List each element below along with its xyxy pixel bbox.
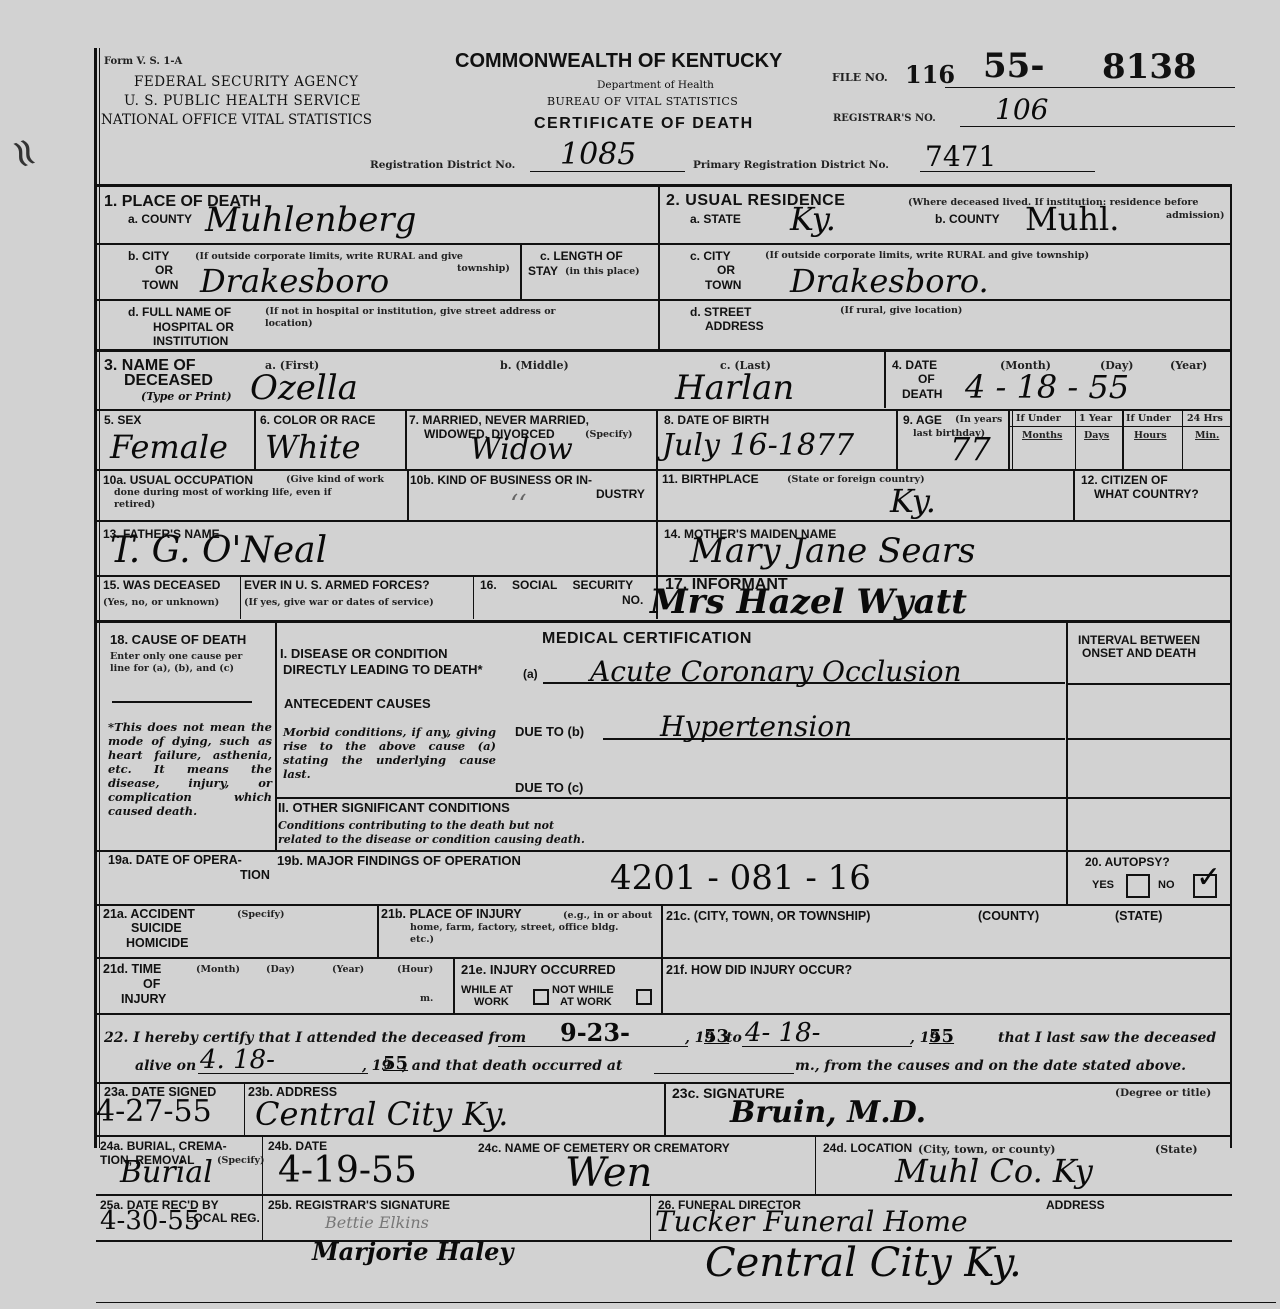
agency-line-3: NATIONAL OFFICE VITAL STATISTICS	[101, 112, 372, 128]
hours-label: Hours	[1134, 430, 1167, 441]
pod-stay-note: (in this place)	[565, 266, 640, 277]
reg-district-value: 1085	[560, 137, 636, 172]
dod-label-2: OF	[918, 372, 935, 386]
name-label-2: DECEASED	[124, 372, 213, 390]
injury-occurred-label: 21e. INJURY OCCURRED	[461, 962, 616, 977]
burial-state-label: (State)	[1155, 1143, 1198, 1156]
mother-value[interactable]: Mary Jane Sears	[690, 531, 975, 571]
cert-line-1-post: that I last saw the deceased	[998, 1030, 1216, 1046]
registrar-no-value: 106	[995, 93, 1048, 126]
pod-row-divider-1	[96, 243, 659, 245]
name-label-3: (Type or Print)	[141, 390, 232, 403]
burial-label-1: 24a. BURIAL, CREMA-	[100, 1139, 227, 1153]
min-label: Min.	[1195, 430, 1219, 441]
address-value[interactable]: Central City Ky.	[255, 1095, 508, 1133]
death-certificate-page: ≈ Form V. S. 1-A FEDERAL SECURITY AGENCY…	[0, 0, 1280, 1309]
ur-city-label-3: TOWN	[705, 278, 741, 292]
injury-state-label: (STATE)	[1115, 909, 1162, 923]
accident-label-3: HOMICIDE	[126, 936, 189, 950]
agency-line-2: U. S. PUBLIC HEALTH SERVICE	[124, 93, 361, 109]
part2-divider	[276, 797, 1232, 799]
not-while-label-1: NOT WHILE	[552, 984, 614, 996]
cert-alive-date[interactable]: 4. 18-	[200, 1045, 275, 1075]
disposition-divider-1	[262, 1136, 263, 1241]
pod-hospital-note-2: location)	[265, 318, 313, 329]
ur-street-label-1: d. STREET	[690, 305, 751, 319]
cause-footnote: *This does not mean the mode of dying, s…	[108, 720, 272, 818]
department: Department of Health	[597, 79, 714, 91]
occupation-note-2: done during most of working life, even i…	[114, 487, 331, 498]
bureau: BUREAU OF VITAL STATISTICS	[547, 95, 738, 108]
primary-reg-district-label: Primary Registration District No.	[693, 159, 889, 171]
dob-value[interactable]: July 16-1877	[662, 428, 854, 463]
under-grid-left-2	[1012, 410, 1013, 470]
business-label-2: DUSTRY	[596, 487, 645, 501]
birthplace-label: 11. BIRTHPLACE	[662, 472, 759, 486]
pod-city-value[interactable]: Drakesboro	[200, 262, 389, 300]
not-while-at-work-checkbox[interactable]	[636, 989, 652, 1005]
citizen-label-2: WHAT COUNTRY?	[1094, 487, 1199, 501]
part1-label-2: DIRECTLY LEADING TO DEATH*	[283, 662, 483, 677]
part1-label-1: I. DISEASE OR CONDITION	[280, 646, 448, 661]
autopsy-no-label: NO	[1158, 879, 1175, 891]
last-name-value[interactable]: Harlan	[675, 368, 794, 408]
marital-value[interactable]: Widow	[470, 432, 573, 467]
injury-county-label: (COUNTY)	[978, 909, 1039, 923]
antecedent-label: ANTECEDENT CAUSES	[284, 696, 431, 711]
ur-street-label-2: ADDRESS	[705, 319, 764, 333]
page-bottom-line	[96, 1302, 1276, 1303]
cert-from-date[interactable]: 9-23-	[560, 1018, 630, 1047]
pod-stay-label-2: STAY	[528, 264, 558, 278]
date-signed-value[interactable]: 4-27-55	[96, 1094, 212, 1129]
ur-city-note: (If outside corporate limits, write RURA…	[765, 250, 1089, 261]
registrar-signature-faint: Bettie Elkins	[325, 1213, 429, 1232]
accident-label-1: 21a. ACCIDENT	[103, 907, 195, 921]
race-label: 6. COLOR OR RACE	[260, 413, 375, 427]
autopsy-yes-label: YES	[1092, 879, 1114, 891]
injury-location-divider	[661, 905, 663, 1013]
injury-time-label-1: 21d. TIME	[103, 962, 161, 976]
cert-line-2-mid: , and that death occurred at	[402, 1058, 622, 1074]
accident-label-2: SUICIDE	[131, 921, 182, 935]
ur-state-value[interactable]: Ky.	[790, 200, 836, 238]
cause-of-death-label: 18. CAUSE OF DEATH	[110, 632, 246, 647]
business-value[interactable]: ‘‘	[510, 490, 527, 520]
row-divider-disposition	[96, 1135, 1232, 1137]
row-divider-section-13	[96, 520, 1232, 522]
address-divider	[244, 1083, 245, 1135]
under-grid-left	[1008, 410, 1010, 470]
place-injury-note-3: etc.)	[410, 934, 434, 945]
occupation-note-3: retired)	[114, 499, 155, 510]
interval-row-b	[1066, 738, 1232, 740]
ur-county-label: b. COUNTY	[935, 212, 1000, 226]
form-bottom-border	[96, 1240, 1232, 1242]
line-a-label: (a)	[523, 667, 538, 681]
antecedent-note: Morbid conditions, if any, giving rise t…	[283, 725, 496, 781]
row-divider-section-5	[96, 409, 1232, 411]
injury-time-year: (Year)	[332, 964, 364, 975]
ur-street-note: (If rural, give location)	[840, 305, 962, 316]
ur-row-divider-1	[659, 243, 1231, 245]
pod-city-note-1: (If outside corporate limits, write RURA…	[195, 251, 463, 262]
due-to-b-label: DUE TO (b)	[515, 724, 584, 739]
grid-top-border	[96, 184, 1232, 187]
frame-left-inner-border	[99, 48, 100, 1148]
not-while-label-2: AT WORK	[560, 996, 612, 1008]
first-name-value[interactable]: Ozella	[250, 368, 358, 408]
sex-label: 5. SEX	[104, 413, 141, 427]
autopsy-yes-checkbox[interactable]	[1126, 874, 1150, 898]
race-divider	[254, 410, 256, 470]
injury-time-hour: (Hour)	[397, 964, 433, 975]
row-divider-injury	[96, 904, 1232, 906]
injury-time-month: (Month)	[196, 964, 240, 975]
pod-stay-divider	[520, 244, 522, 300]
pod-row-divider-2	[96, 299, 659, 301]
row-divider-registrar	[96, 1194, 1232, 1196]
signature-divider	[664, 1083, 666, 1135]
interval-label-1: INTERVAL BETWEEN	[1078, 633, 1200, 647]
occupation-note-1: (Give kind of work	[286, 474, 384, 485]
injury-time-m: m.	[420, 993, 433, 1004]
marital-label-spec: (Specify)	[585, 429, 633, 440]
row-divider-section-3	[96, 349, 1232, 352]
injury-time-label-3: INJURY	[121, 992, 166, 1006]
under-grid-col-4	[1182, 410, 1183, 470]
file-no-number: 8138	[1102, 47, 1197, 87]
mother-divider	[656, 521, 658, 576]
ur-heading-note-2: admission)	[1166, 210, 1225, 221]
pod-hospital-label-2: HOSPITAL OR	[153, 320, 234, 334]
cause-instr-2: line for (a), (b), and (c)	[110, 663, 234, 674]
physician-signature-value[interactable]: Bruin, M.D.	[730, 1095, 926, 1130]
pod-hospital-note-1: (If not in hospital or institution, give…	[265, 306, 556, 317]
under-1yr-label-1: If Under	[1016, 413, 1061, 424]
accident-specify: (Specify)	[237, 909, 285, 920]
burial-specify: (Specify)	[217, 1155, 265, 1166]
under-grid-col-3	[1122, 410, 1124, 470]
part2-note-2: related to the disease or condition caus…	[278, 833, 585, 846]
age-value[interactable]: 77	[950, 430, 991, 468]
registrar-no-label: REGISTRAR'S NO.	[833, 113, 936, 124]
age-label: 9. AGE	[903, 413, 942, 427]
registrar-no-underline	[960, 126, 1235, 127]
file-no-year: 55-	[983, 46, 1044, 86]
under-1yr-label-2: 1 Year	[1079, 413, 1112, 424]
business-divider	[407, 470, 409, 520]
dod-year-label: (Year)	[1170, 359, 1207, 372]
findings-label: 19b. MAJOR FINDINGS OF OPERATION	[277, 853, 521, 868]
citizen-divider	[1073, 470, 1075, 520]
place-injury-label: 21b. PLACE OF INJURY	[381, 907, 522, 921]
funeral-address-value[interactable]: Central City Ky.	[705, 1240, 1022, 1286]
burial-value[interactable]: Burial	[120, 1155, 213, 1190]
burial-location-value[interactable]: Muhl Co. Ky	[895, 1152, 1093, 1190]
cert-time-underline	[654, 1073, 794, 1074]
cert-line-2-pre: alive on	[135, 1058, 196, 1074]
ur-city-value[interactable]: Drakesboro.	[790, 262, 989, 300]
ssn-divider	[473, 576, 474, 619]
divider-sections-1-2	[658, 186, 660, 350]
middle-name-label: b. (Middle)	[500, 359, 569, 372]
medical-left-divider	[275, 622, 277, 850]
row-divider-certification	[96, 1013, 1232, 1015]
under-24h-label-2: 24 Hrs	[1187, 413, 1223, 424]
row-divider-injury-2	[96, 957, 1232, 959]
medical-section-title: MEDICAL CERTIFICATION	[542, 630, 752, 648]
ur-state-label: a. STATE	[690, 212, 741, 226]
file-no-label: FILE NO.	[832, 71, 888, 84]
row-divider-section-11	[656, 469, 1232, 471]
armed-divider	[240, 576, 241, 619]
operation-date-label-1: 19a. DATE OF OPERA-	[108, 853, 242, 867]
line-b-value[interactable]: Hypertension	[660, 710, 852, 743]
days-label: Days	[1084, 430, 1109, 441]
part2-note-1: Conditions contributing to the death but…	[278, 819, 554, 832]
funeral-director-value[interactable]: Tucker Funeral Home	[655, 1205, 968, 1238]
pod-city-label-2: OR	[155, 263, 173, 277]
cert-to-date[interactable]: 4- 18-	[745, 1018, 820, 1048]
pod-stay-label-1: c. LENGTH OF	[540, 249, 623, 263]
armed-label-a: 15. WAS DECEASED	[103, 578, 220, 592]
occupation-label: 10a. USUAL OCCUPATION	[103, 473, 253, 487]
marital-divider	[405, 410, 407, 470]
autopsy-label: 20. AUTOPSY?	[1085, 855, 1170, 869]
reg-district-label: Registration District No.	[370, 159, 515, 171]
informant-value[interactable]: Mrs Hazel Wyatt	[650, 582, 967, 622]
citizen-label-1: 12. CITIZEN OF	[1081, 473, 1168, 487]
row-divider-section-10	[96, 469, 656, 471]
margin-mark: ≈	[0, 129, 52, 176]
dod-value[interactable]: 4 - 18 - 55	[965, 368, 1129, 406]
injury-time-label-2: OF	[143, 977, 160, 991]
autopsy-no-checkmark-icon: ✓	[1196, 860, 1221, 895]
dod-label-1: 4. DATE	[892, 358, 937, 372]
cert-line-2-post: m., from the causes and on the date stat…	[795, 1058, 1186, 1074]
birthplace-value[interactable]: Ky.	[890, 482, 936, 520]
form-id: Form V. S. 1-A	[104, 56, 182, 67]
injury-time-day: (Day)	[266, 964, 295, 975]
months-label: Months	[1022, 430, 1062, 441]
ur-city-label-2: OR	[717, 263, 735, 277]
pod-county-value[interactable]: Muhlenberg	[205, 200, 416, 240]
agency-line-1: FEDERAL SECURITY AGENCY	[134, 74, 359, 90]
pod-hospital-label-1: d. FULL NAME OF	[128, 305, 231, 319]
document-title: COMMONWEALTH OF KENTUCKY	[455, 50, 782, 73]
while-at-work-label-1: WHILE AT	[461, 984, 513, 996]
findings-value[interactable]: 4201 - 081 - 16	[610, 858, 871, 898]
injury-city-label: 21c. (CITY, TOWN, OR TOWNSHIP)	[666, 909, 870, 923]
place-injury-note-2: home, farm, factory, street, office bldg…	[410, 922, 618, 933]
row-divider-medical	[96, 620, 1232, 623]
row-divider-operation	[96, 850, 1232, 852]
dob-label: 8. DATE OF BIRTH	[664, 413, 769, 427]
primary-reg-district-value: 7471	[925, 140, 996, 173]
race-value[interactable]: White	[265, 428, 361, 466]
operation-date-label-2: TION	[240, 868, 270, 882]
cause-instr-1: Enter only one cause per	[110, 651, 242, 662]
age-divider	[896, 410, 898, 470]
father-value[interactable]: T. G. O'Neal	[110, 530, 327, 571]
ur-county-value[interactable]: Muhl.	[1025, 200, 1119, 238]
part2-label: II. OTHER SIGNIFICANT CONDITIONS	[278, 800, 510, 815]
interval-divider	[1066, 622, 1068, 904]
degree-label: (Degree or title)	[1115, 1087, 1211, 1099]
ur-city-label-1: c. CITY	[690, 249, 731, 263]
row-divider-section-15	[96, 575, 1232, 577]
certificate-title: CERTIFICATE OF DEATH	[534, 115, 754, 133]
armed-note-b: (If yes, give war or dates of service)	[244, 597, 434, 608]
while-at-work-label-2: WORK	[474, 996, 509, 1008]
registrar-signature-value[interactable]: Marjorie Haley	[312, 1237, 513, 1266]
under-24h-label-1: If Under	[1126, 413, 1171, 424]
frame-left-border	[94, 48, 97, 1148]
ssn-label-2: NO.	[622, 593, 643, 607]
interval-label-2: ONSET AND DEATH	[1082, 646, 1196, 660]
ssn-label-1: 16. SOCIAL SECURITY	[480, 578, 633, 592]
marital-label-1: 7. MARRIED, NEVER MARRIED,	[409, 413, 589, 427]
grid-right-border	[1230, 184, 1232, 1148]
armed-label-b: EVER IN U. S. ARMED FORCES?	[244, 578, 430, 592]
cert-to-word: to	[726, 1030, 742, 1046]
under-grid-col-2	[1075, 410, 1076, 470]
injury-occurred-divider	[453, 958, 455, 1013]
cert-line-1-pre: 22. I hereby certify that I attended the…	[104, 1030, 526, 1046]
cemetery-value[interactable]: Wen	[565, 1150, 652, 1196]
due-to-c-label: DUE TO (c)	[515, 780, 583, 795]
ur-row-divider-2	[659, 299, 1231, 301]
pod-county-label: a. COUNTY	[128, 212, 192, 226]
cert-to-year[interactable]: 55	[929, 1026, 954, 1047]
under-grid-mid	[1010, 426, 1230, 427]
armed-note-a: (Yes, no, or unknown)	[103, 597, 219, 608]
business-label-1: 10b. KIND OF BUSINESS OR IN-	[410, 473, 592, 487]
pod-hospital-label-3: INSTITUTION	[153, 334, 228, 348]
pod-city-label-3: TOWN	[142, 278, 178, 292]
cause-separator	[112, 701, 252, 703]
place-injury-note-1: (e.g., in or about	[563, 910, 652, 921]
while-at-work-checkbox[interactable]	[533, 989, 549, 1005]
funeral-director-divider	[650, 1195, 651, 1241]
sex-value[interactable]: Female	[110, 428, 228, 466]
file-no-prefix: 116	[905, 60, 955, 89]
dod-label-3: DEATH	[902, 387, 942, 401]
how-injury-label: 21f. HOW DID INJURY OCCUR?	[666, 963, 852, 977]
line-a-value[interactable]: Acute Coronary Occlusion	[590, 655, 962, 688]
file-no-underline	[945, 87, 1235, 88]
date-recd-value[interactable]: 4-30-55	[100, 1206, 200, 1236]
age-note-1: (In years	[955, 414, 1002, 425]
pod-city-label-1: b. CITY	[128, 249, 169, 263]
interval-row-a	[1066, 683, 1232, 685]
burial-date-value[interactable]: 4-19-55	[278, 1150, 417, 1191]
place-injury-divider	[377, 905, 379, 957]
registrar-signature-label: 25b. REGISTRAR'S SIGNATURE	[268, 1198, 450, 1212]
funeral-address-label: ADDRESS	[1046, 1198, 1105, 1212]
dod-divider	[884, 351, 886, 408]
pod-city-note-2: township)	[457, 263, 510, 274]
disposition-divider-2	[815, 1136, 816, 1194]
